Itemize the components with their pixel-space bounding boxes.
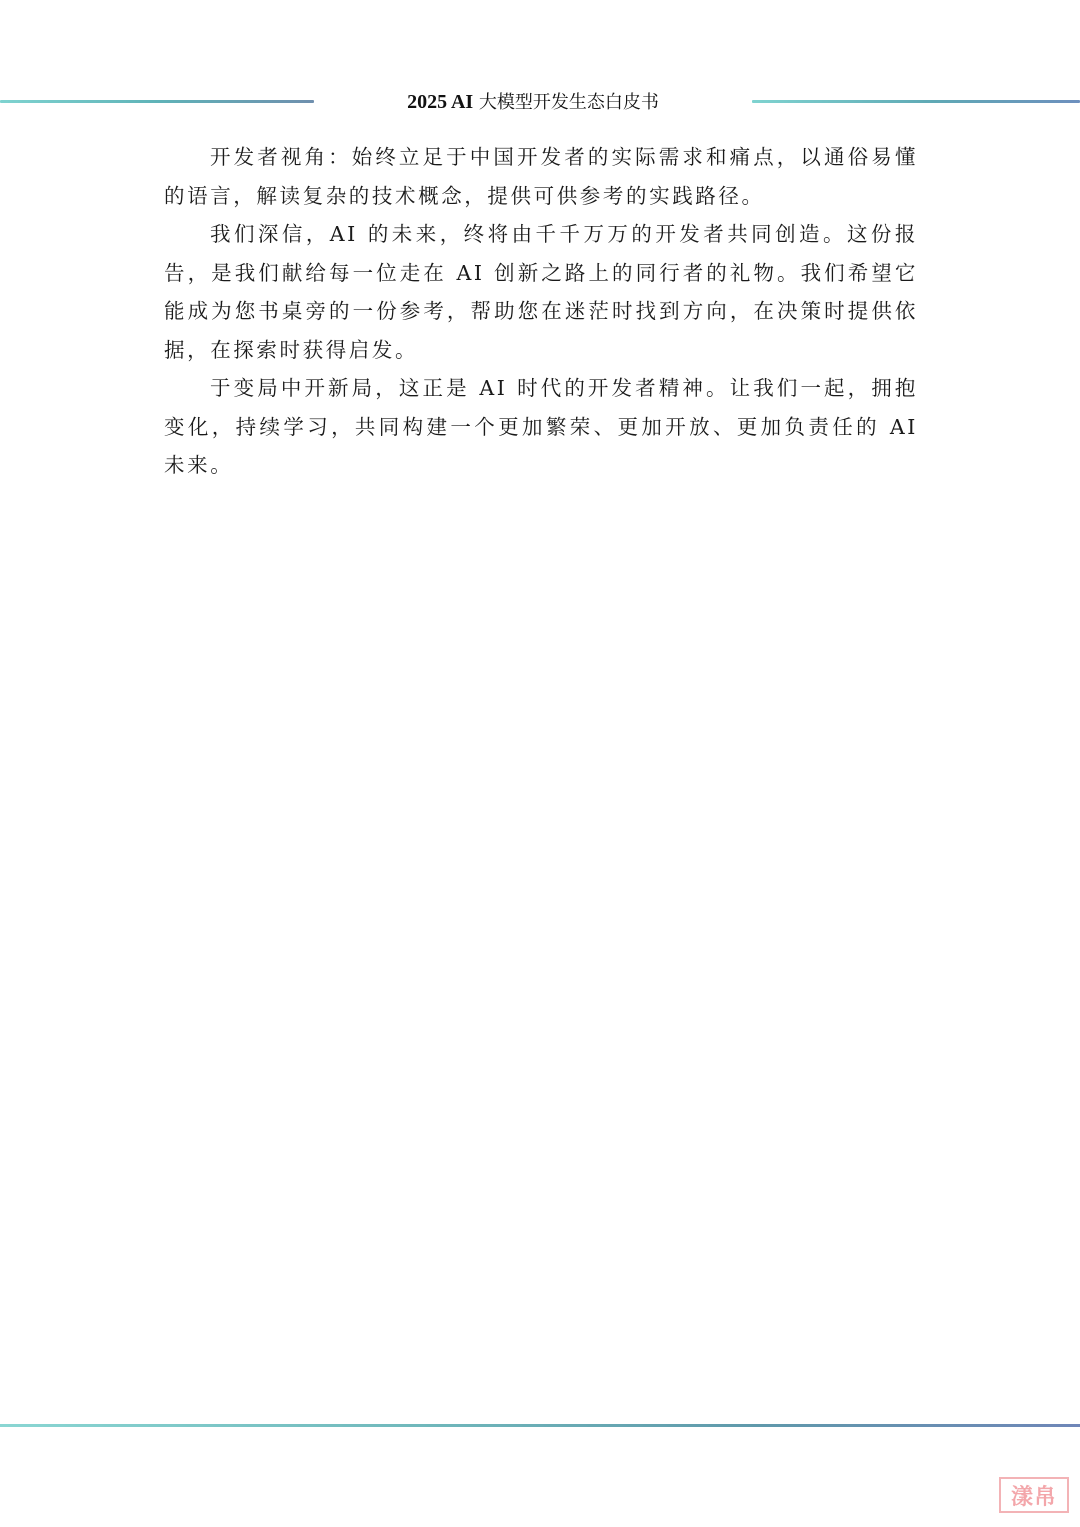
paragraph-developer-perspective: 开发者视角：始终立足于中国开发者的实际需求和痛点，以通俗易懂的语言，解读复杂的技…: [164, 138, 918, 215]
header-divider-right: [752, 100, 1080, 103]
body-text: 开发者视角：始终立足于中国开发者的实际需求和痛点，以通俗易懂的语言，解读复杂的技…: [164, 138, 918, 485]
paragraph-closing: 于变局中开新局，这正是 AI 时代的开发者精神。让我们一起，拥抱变化，持续学习，…: [164, 369, 918, 485]
page-title-year: 2025 AI: [407, 91, 473, 113]
footer-divider: [0, 1424, 1080, 1427]
watermark-text: 漾帛: [1011, 1480, 1057, 1511]
page-header: 2025 AI 大模型开发生态白皮书: [0, 84, 1080, 120]
page-title-text: 大模型开发生态白皮书: [473, 92, 659, 113]
paragraph-belief: 我们深信，AI 的未来，终将由千千万万的开发者共同创造。这份报告，是我们献给每一…: [164, 215, 918, 369]
header-divider-left: [0, 100, 314, 103]
seal-stamp-icon: 漾帛: [999, 1477, 1069, 1513]
page-title: 2025 AI 大模型开发生态白皮书: [314, 88, 752, 114]
